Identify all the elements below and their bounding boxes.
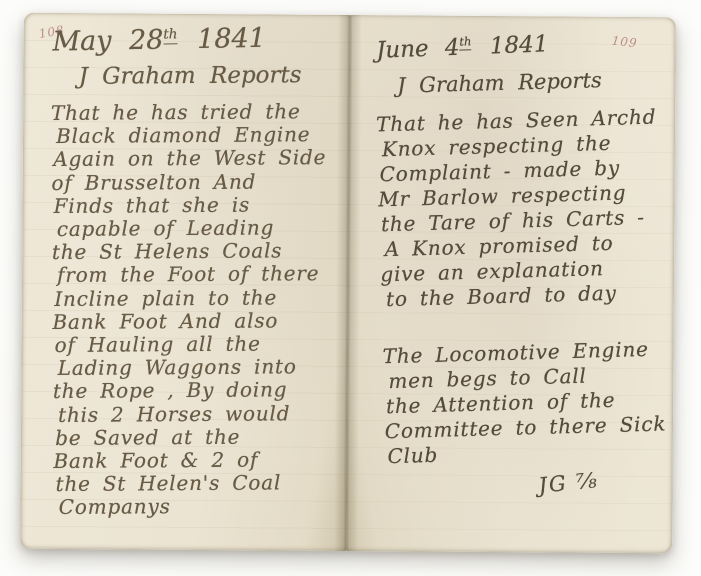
handwritten-line: the St Helens Coals [52, 239, 342, 264]
handwritten-line: capable of Leading [57, 216, 342, 241]
date-superscript: th [163, 26, 177, 44]
date-day: June 4 [376, 35, 460, 64]
handwritten-line: be Saved at the [55, 425, 343, 450]
handwritten-line: Bank Foot And also [52, 309, 342, 334]
date-day: May 28 [52, 25, 163, 58]
right-page-paragraph-1: That he has Seen ArchdKnox respecting th… [378, 104, 671, 312]
report-title-right: J Graham Reports [397, 66, 666, 97]
clerk-initials-signature: JG ⅞ [537, 460, 675, 497]
left-page-body: That he has tried theBlack diamond Engin… [53, 100, 344, 520]
handwritten-line: the St Helen's Coal [55, 471, 343, 496]
left-page: 108 May 28th 1841 J Graham Reports That … [20, 13, 350, 551]
report-title-left: J Graham Reports [79, 62, 341, 90]
date-superscript: th [459, 35, 472, 51]
date-year: 1841 [197, 23, 266, 55]
handwritten-line: from the Foot of there [57, 262, 342, 287]
handwritten-line: That he has tried the [51, 100, 341, 125]
date-heading-right: June 4th 1841 [376, 27, 665, 64]
handwritten-line: this 2 Horses would [58, 402, 343, 427]
handwritten-line: Black diamond Engine [56, 123, 341, 148]
left-page-text: May 28th 1841 J Graham Reports That he h… [52, 23, 343, 520]
handwritten-line: of Brusselton And [51, 170, 341, 195]
handwritten-line: the Rope , By doing [53, 378, 343, 403]
handwritten-line: Companys [59, 494, 344, 519]
open-minute-book: 108 May 28th 1841 J Graham Reports That … [20, 13, 676, 554]
date-year: 1841 [489, 31, 549, 59]
handwritten-line: Again on the West Side [53, 146, 341, 171]
handwritten-line: Bank Foot & 2 of [53, 448, 343, 473]
handwritten-line: Lading Waggons into [58, 355, 343, 380]
right-page: 109 June 4th 1841 J Graham Reports That … [346, 15, 676, 553]
handwritten-line: Finds that she is [54, 193, 342, 218]
right-page-paragraph-2: The Locomotive Enginemen begs to Callthe… [384, 336, 675, 469]
date-heading-left: May 28th 1841 [52, 21, 340, 57]
right-page-text: June 4th 1841 J Graham Reports That he h… [376, 28, 676, 497]
handwritten-line: Incline plain to the [54, 286, 342, 311]
handwritten-line: of Hauling all the [55, 332, 343, 357]
photo-background: 108 May 28th 1841 J Graham Reports That … [0, 0, 701, 576]
